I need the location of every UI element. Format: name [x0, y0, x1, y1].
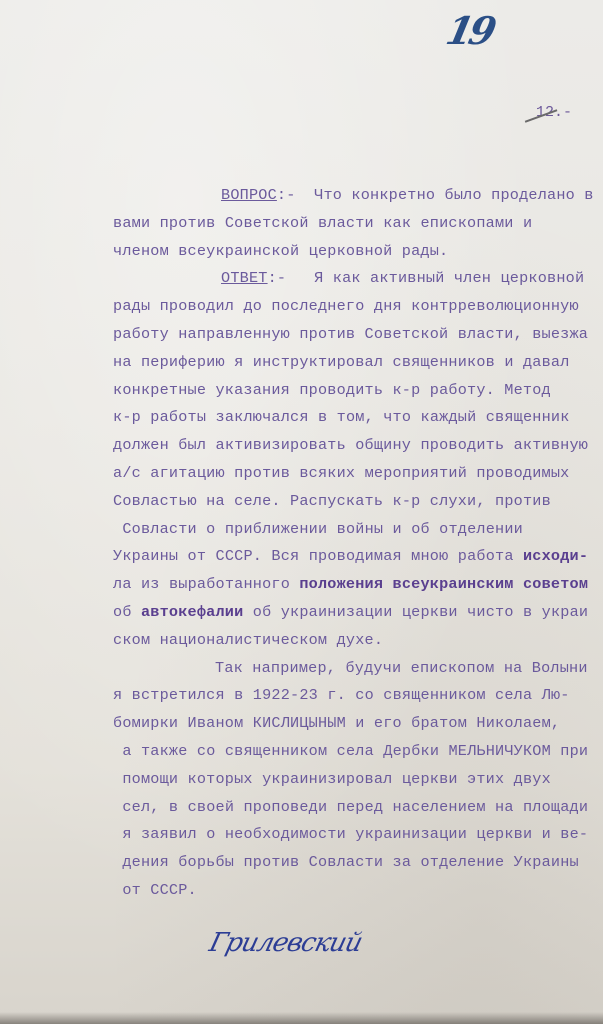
text-line: ВОПРОС:- Что конкретно было проделано в — [113, 182, 603, 210]
text-line: ском националистическом духе. — [113, 627, 603, 655]
text-line: я заявил о необходимости украинизации це… — [113, 821, 603, 849]
signature: Грилевский — [206, 928, 365, 958]
text-line: рады проводил до последнего дня контррев… — [113, 293, 603, 321]
text-line: Украины от СССР. Вся проводимая мною раб… — [113, 543, 603, 571]
answer-label: ОТВЕТ — [221, 269, 268, 287]
text-line: об автокефалии об украинизации церкви чи… — [113, 599, 603, 627]
typed-page-number: 12.- — [536, 104, 572, 121]
text-line: дения борьбы против Совласти за отделени… — [113, 849, 603, 877]
text-line: вами против Советской власти как епископ… — [113, 210, 603, 238]
text-line: Совластью на селе. Распускать к-р слухи,… — [113, 488, 603, 516]
text-line: а/с агитацию против всяких мероприятий п… — [113, 460, 603, 488]
text-line: членом всеукраинской церковной рады. — [113, 238, 603, 266]
question-label: ВОПРОС — [221, 186, 277, 204]
text-line: работу направленную против Советской вла… — [113, 321, 603, 349]
text-line: сел, в своей проповеди перед населением … — [113, 794, 603, 822]
text-line: от СССР. — [113, 877, 603, 905]
document-page: 19 12.- ВОПРОС:- Что конкретно было прод… — [0, 0, 603, 1024]
text-line: должен был активизировать общину проводи… — [113, 432, 603, 460]
page-edge-shadow — [0, 1012, 603, 1024]
text-line: бомирки Иваном КИСЛИЦЫНЫМ и его братом Н… — [113, 710, 603, 738]
question-separator: :- — [277, 186, 296, 204]
page-number-text: 12.- — [536, 104, 572, 121]
text-line: ла из выработанного положения всеукраинс… — [113, 571, 603, 599]
typed-interrogation-text: ВОПРОС:- Что конкретно было проделано вв… — [113, 182, 603, 905]
answer-separator: :- — [268, 269, 287, 287]
text-line: Так например, будучи епископом на Волыни — [113, 655, 603, 683]
text-line: конкретные указания проводить к-р работу… — [113, 377, 603, 405]
text-line: ОТВЕТ:- Я как активный член церковной — [113, 265, 603, 293]
text-line: помощи которых украинизировал церкви эти… — [113, 766, 603, 794]
text-line: Совласти о приближении войны и об отделе… — [113, 516, 603, 544]
handwritten-archive-number: 19 — [442, 8, 496, 53]
text-line: я встретился в 1922-23 г. со священником… — [113, 682, 603, 710]
text-line: на периферию я инструктировал священнико… — [113, 349, 603, 377]
text-line: а также со священником села Дербки МЕЛЬН… — [113, 738, 603, 766]
text-line: к-р работы заключался в том, что каждый … — [113, 404, 603, 432]
